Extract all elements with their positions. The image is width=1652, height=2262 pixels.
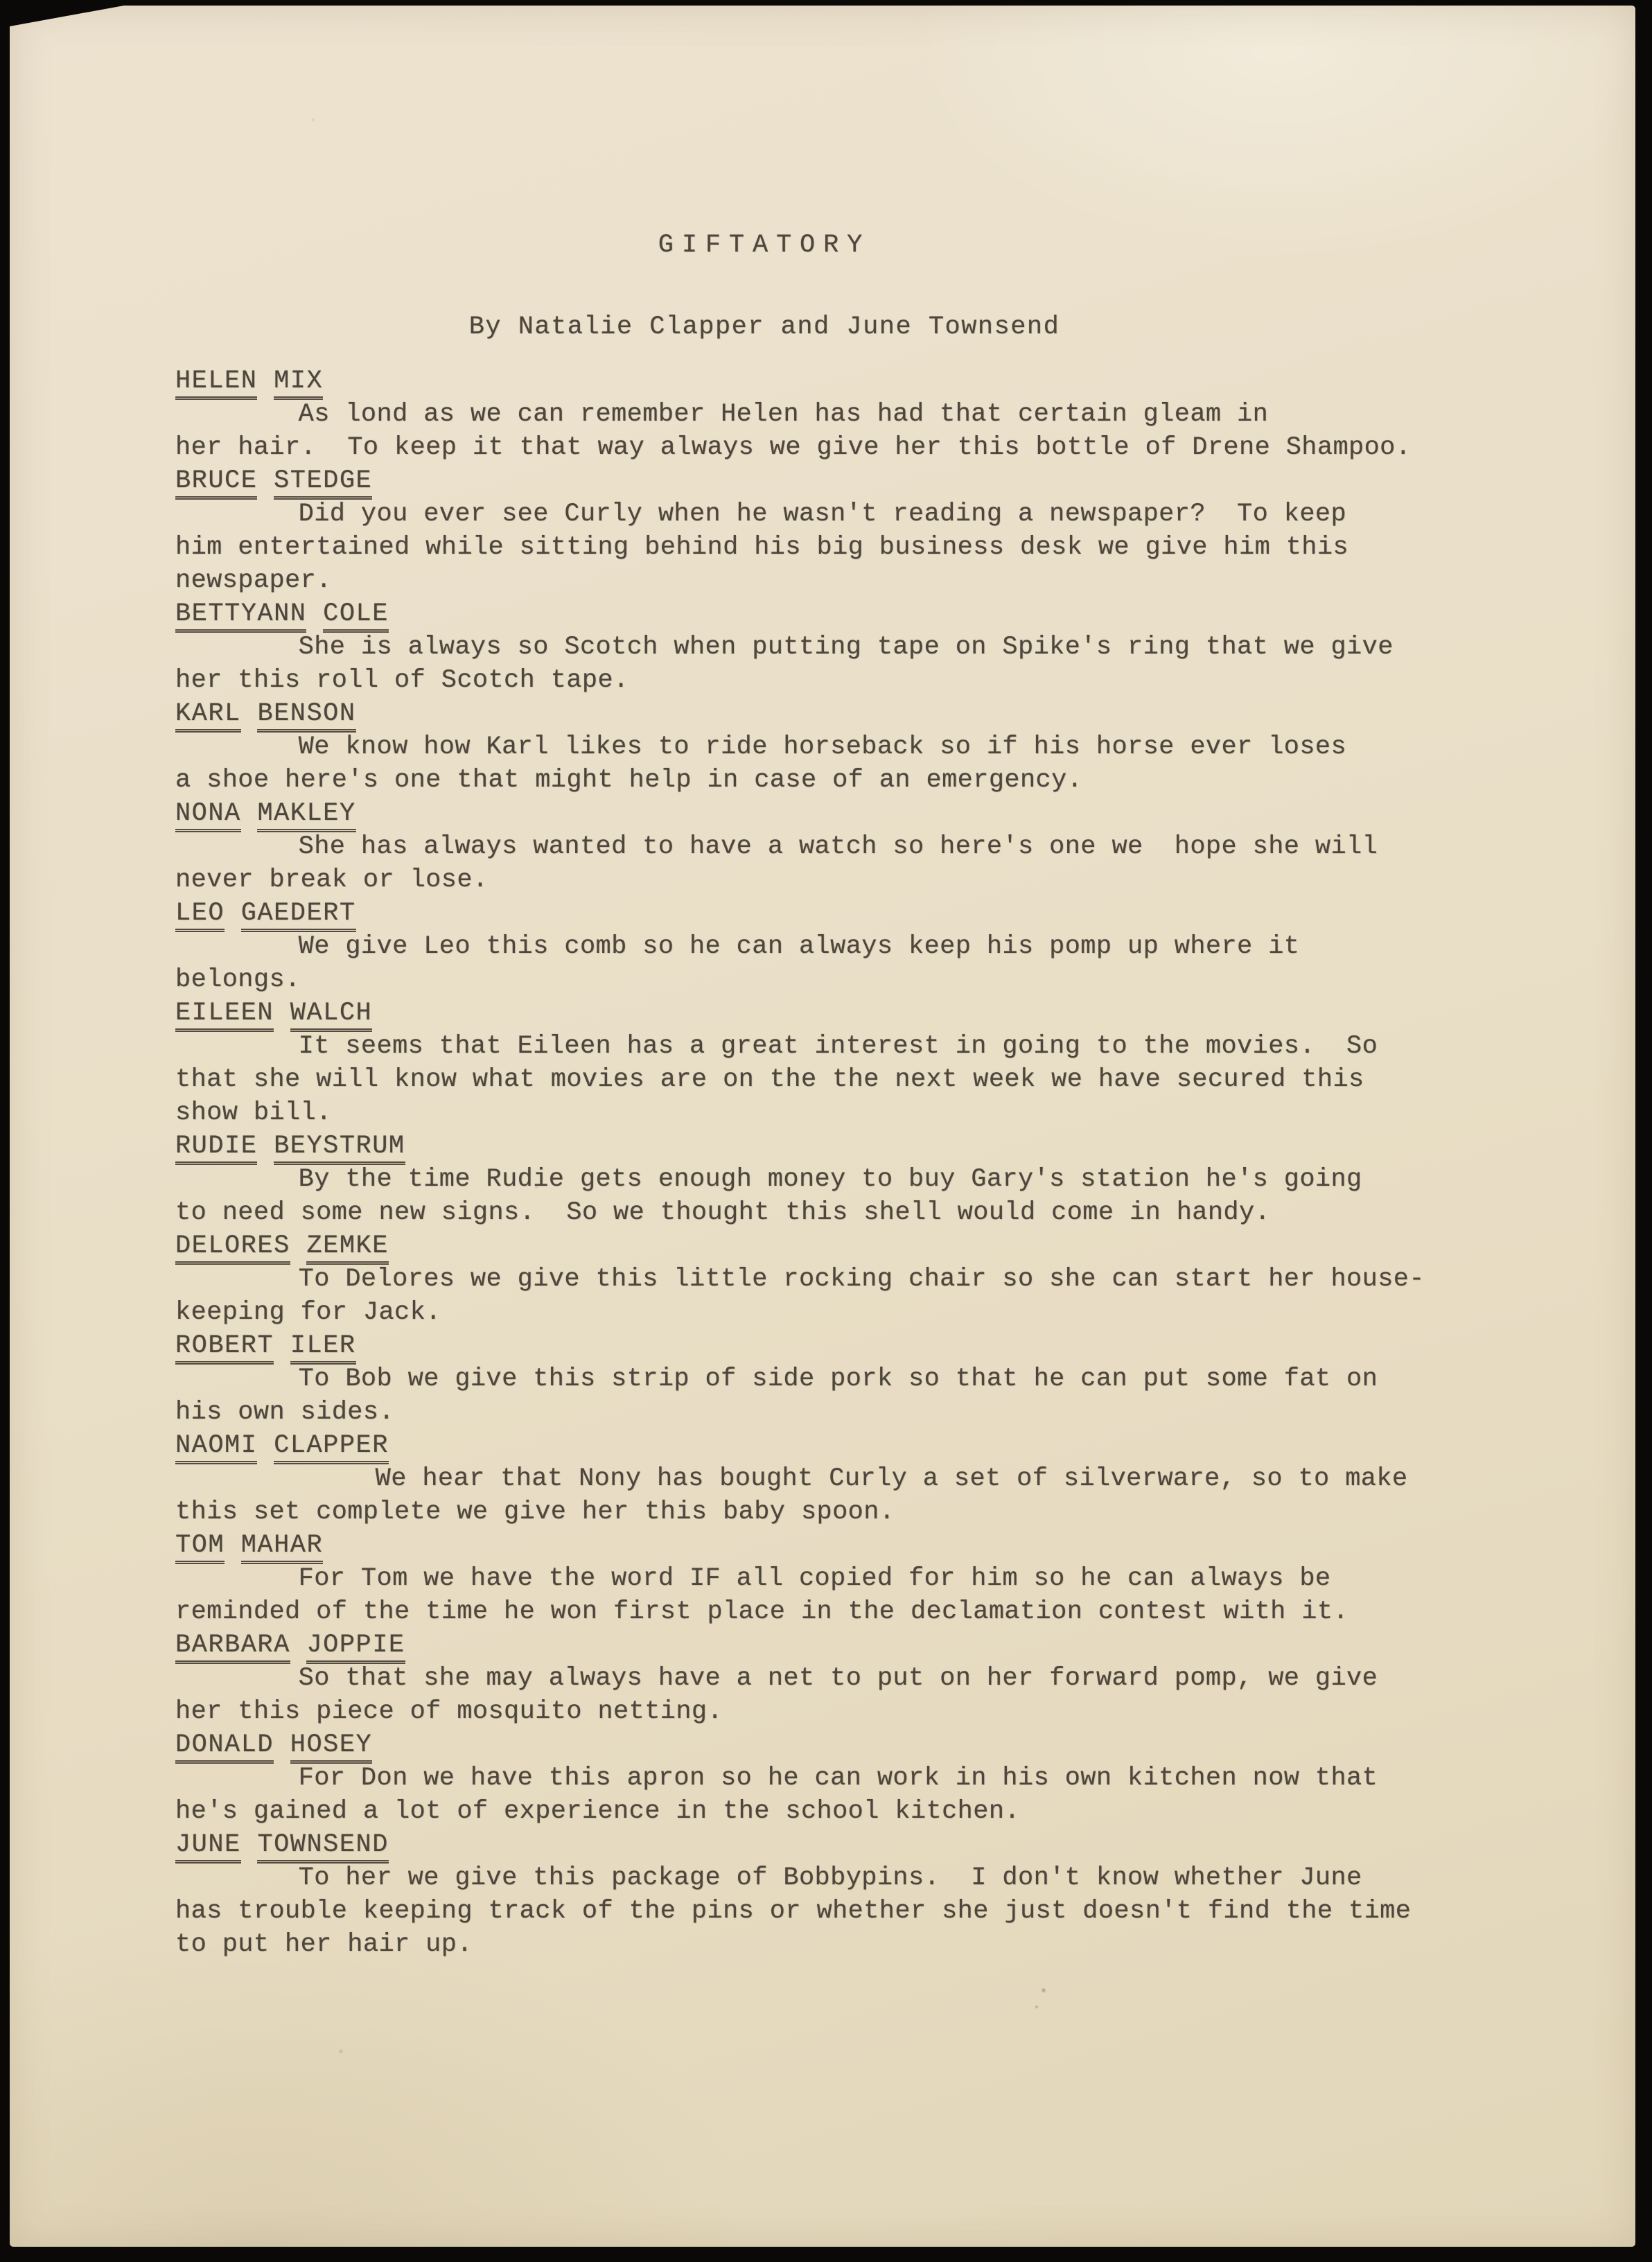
entry-name-word: EILEEN: [175, 999, 274, 1032]
entry-name-word: KARL: [175, 699, 241, 733]
entry-name-word: RUDIE: [175, 1132, 257, 1165]
entry-name-word: STEDGE: [274, 466, 372, 500]
entry-name-word: MIX: [274, 367, 323, 400]
entry-name: HELEN MIX: [175, 365, 1455, 398]
entry-text: To her we give this package of Bobbypins…: [175, 1861, 1455, 1961]
gift-entry: EILEEN WALCH It seems that Eileen has a …: [175, 997, 1455, 1130]
entry-name: KARL BENSON: [175, 697, 1455, 730]
entry-text: Did you ever see Curly when he wasn't re…: [175, 498, 1455, 597]
entry-name-word: COLE: [323, 599, 389, 633]
entry-text: She has always wanted to have a watch so…: [175, 830, 1455, 897]
entry-name-word: JOPPIE: [306, 1631, 405, 1664]
entry-name-word: ILER: [290, 1331, 356, 1365]
gift-entry: BRUCE STEDGE Did you ever see Curly when…: [175, 464, 1455, 597]
gift-entry: ROBERT ILER To Bob we give this strip of…: [175, 1329, 1455, 1429]
entry-text: We hear that Nony has bought Curly a set…: [175, 1462, 1455, 1529]
entry-name-word: GAEDERT: [241, 899, 356, 932]
entry-name-word: NONA: [175, 799, 241, 832]
entry-name-word: DONALD: [175, 1730, 274, 1764]
entry-name-word: MAKLEY: [257, 799, 355, 832]
entry-name: NONA MAKLEY: [175, 797, 1455, 830]
entry-name-word: BETTYANN: [175, 599, 306, 633]
gift-entry: DELORES ZEMKE To Delores we give this li…: [175, 1229, 1455, 1329]
entry-name-word: ZEMKE: [306, 1231, 388, 1265]
gift-entry: KARL BENSON We know how Karl likes to ri…: [175, 697, 1455, 797]
gift-entry: HELEN MIX As lond as we can remember Hel…: [175, 365, 1455, 464]
entry-name: BARBARA JOPPIE: [175, 1629, 1455, 1662]
entry-name-word: BRUCE: [175, 466, 257, 500]
gift-entry: BARBARA JOPPIE So that she may always ha…: [175, 1629, 1455, 1728]
entry-name: JUNE TOWNSEND: [175, 1828, 1455, 1861]
entry-name: ROBERT ILER: [175, 1329, 1455, 1362]
entry-name-word: BENSON: [257, 699, 355, 733]
entry-name: NAOMI CLAPPER: [175, 1429, 1455, 1462]
gift-entry: RUDIE BEYSTRUM By the time Rudie gets en…: [175, 1130, 1455, 1229]
entry-name-word: NAOMI: [175, 1431, 257, 1464]
entry-name-word: DELORES: [175, 1231, 290, 1265]
entry-name-word: HELEN: [175, 367, 257, 400]
entry-name-word: TOM: [175, 1531, 225, 1564]
entry-name-word: HOSEY: [290, 1730, 372, 1764]
gift-entry: TOM MAHAR For Tom we have the word IF al…: [175, 1529, 1455, 1629]
entry-text: For Don we have this apron so he can wor…: [175, 1762, 1455, 1828]
gift-entry: JUNE TOWNSEND To her we give this packag…: [175, 1828, 1455, 1961]
entry-text: By the time Rudie gets enough money to b…: [175, 1163, 1455, 1229]
entry-name: DELORES ZEMKE: [175, 1229, 1455, 1263]
entry-text: We give Leo this comb so he can always k…: [175, 930, 1455, 997]
entry-name: TOM MAHAR: [175, 1529, 1455, 1562]
gift-entry: DONALD HOSEY For Don we have this apron …: [175, 1728, 1455, 1828]
entry-name: DONALD HOSEY: [175, 1728, 1455, 1762]
entry-text: To Bob we give this strip of side pork s…: [175, 1362, 1455, 1429]
entry-name: BRUCE STEDGE: [175, 464, 1455, 498]
entry-text: It seems that Eileen has a great interes…: [175, 1030, 1455, 1130]
gift-entries-list: HELEN MIX As lond as we can remember Hel…: [175, 365, 1455, 1961]
entry-name-word: JUNE: [175, 1830, 241, 1864]
entry-text: So that she may always have a net to put…: [175, 1662, 1455, 1728]
scanner-background: GIFTATORY By Natalie Clapper and June To…: [0, 0, 1652, 2262]
page-title: GIFTATORY: [175, 229, 1353, 262]
entry-text: We know how Karl likes to ride horseback…: [175, 730, 1455, 797]
entry-name: RUDIE BEYSTRUM: [175, 1130, 1455, 1163]
entry-text: To Delores we give this little rocking c…: [175, 1263, 1455, 1329]
entry-name-word: MAHAR: [241, 1531, 323, 1564]
entry-text: As lond as we can remember Helen has had…: [175, 398, 1455, 464]
entry-name: LEO GAEDERT: [175, 897, 1455, 930]
entry-name-word: WALCH: [290, 999, 372, 1032]
gift-entry: NONA MAKLEY She has always wanted to hav…: [175, 797, 1455, 897]
gift-entry: NAOMI CLAPPER We hear that Nony has boug…: [175, 1429, 1455, 1529]
gift-entry: BETTYANN COLE She is always so Scotch wh…: [175, 597, 1455, 697]
entry-name: BETTYANN COLE: [175, 597, 1455, 631]
entry-name-word: LEO: [175, 899, 225, 932]
byline: By Natalie Clapper and June Townsend: [175, 310, 1353, 344]
entry-name-word: ROBERT: [175, 1331, 274, 1365]
entry-name-word: TOWNSEND: [257, 1830, 388, 1864]
entry-text: For Tom we have the word IF all copied f…: [175, 1562, 1455, 1629]
document-page: GIFTATORY By Natalie Clapper and June To…: [10, 6, 1635, 2247]
entry-text: She is always so Scotch when putting tap…: [175, 631, 1455, 697]
document-content: GIFTATORY By Natalie Clapper and June To…: [10, 6, 1635, 1961]
entry-name-word: BEYSTRUM: [274, 1132, 405, 1165]
entry-name-word: BARBARA: [175, 1631, 290, 1664]
gift-entry: LEO GAEDERT We give Leo this comb so he …: [175, 897, 1455, 997]
entry-name: EILEEN WALCH: [175, 997, 1455, 1030]
document-header: GIFTATORY By Natalie Clapper and June To…: [175, 229, 1353, 344]
entry-name-word: CLAPPER: [274, 1431, 389, 1464]
